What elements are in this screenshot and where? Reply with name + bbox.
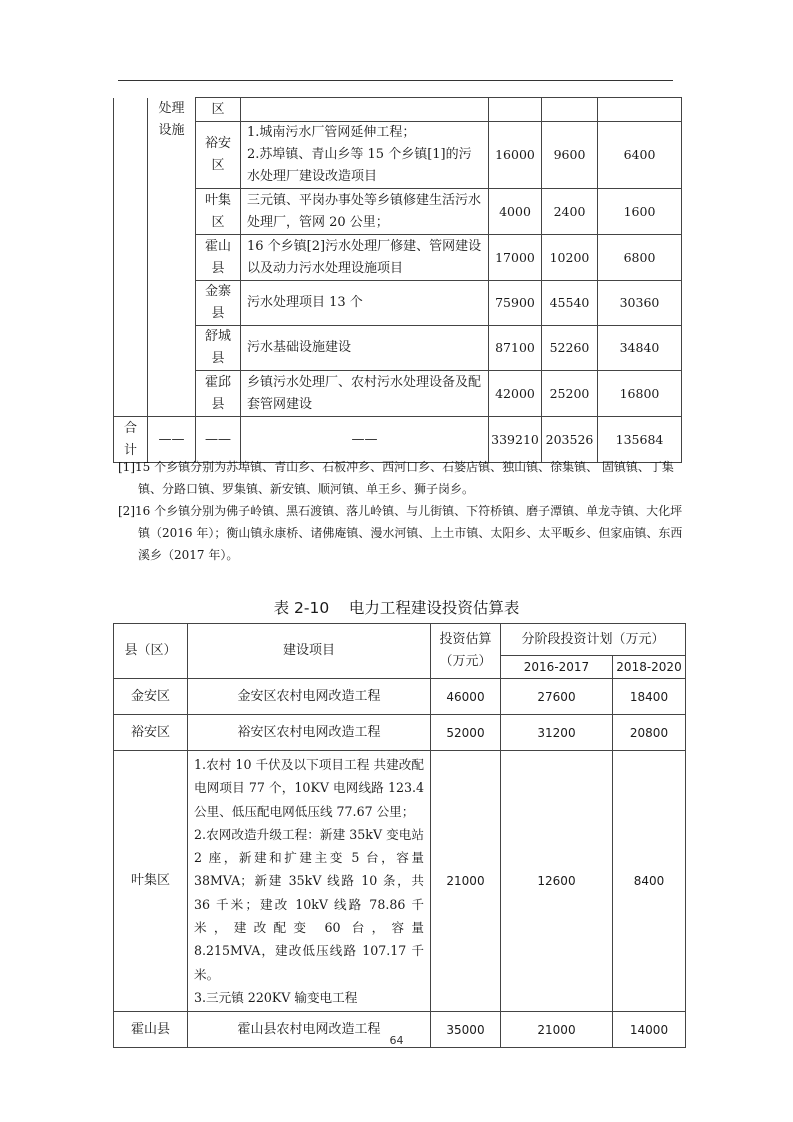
phase2-cell: 16800 bbox=[598, 371, 682, 417]
project-cell: 1.城南污水厂管网延伸工程； 2.苏埠镇、青山乡等 15 个乡镇[1]的污水处理… bbox=[241, 122, 489, 189]
table-caption: 表 2-10 电力工程建设投资估算表 bbox=[0, 596, 793, 618]
header-rule bbox=[118, 80, 673, 81]
caption-title: 电力工程建设投资估算表 bbox=[349, 599, 520, 617]
county-cell: 舒城县 bbox=[196, 326, 241, 371]
power-investment-table: 县（区） 建设项目 投资估算 （万元） 分阶段投资计划（万元） 2016-201… bbox=[113, 623, 686, 1048]
caption-number: 表 2-10 bbox=[274, 599, 330, 617]
county-cell: 裕安区 bbox=[114, 715, 188, 751]
county-cell: 区 bbox=[196, 98, 241, 122]
sewage-investment-table-continued: 处理 设施 区 裕安区 1.城南污水厂管网延伸工程； 2.苏埠镇、青山乡等 15… bbox=[113, 97, 682, 463]
category-label-line2: 设施 bbox=[148, 120, 195, 142]
phase1-cell: 12600 bbox=[501, 751, 613, 1012]
county-cell: 裕安区 bbox=[196, 122, 241, 189]
total-cell: 42000 bbox=[489, 371, 542, 417]
header-project: 建设项目 bbox=[188, 624, 431, 679]
footnotes: [1]15 个乡镇分别为苏埠镇、青山乡、石板冲乡、西河口乡、石婆店镇、独山镇、徐… bbox=[118, 456, 684, 566]
project-cell: 16 个乡镇[2]污水处理厂修建、管网建设以及动力污水处理设施项目 bbox=[241, 235, 489, 281]
project-cell: 三元镇、平岗办事处等乡镇修建生活污水处理厂，管网 20 公里； bbox=[241, 189, 489, 235]
project-cell: 乡镇污水处理厂、农村污水处理设备及配套管网建设 bbox=[241, 371, 489, 417]
phase2-cell: 34840 bbox=[598, 326, 682, 371]
table-row: 叶集区 三元镇、平岗办事处等乡镇修建生活污水处理厂，管网 20 公里； 4000… bbox=[114, 189, 682, 235]
header-estimate-line1: 投资估算 bbox=[431, 629, 500, 651]
phase2-cell: 6400 bbox=[598, 122, 682, 189]
total-cell: 16000 bbox=[489, 122, 542, 189]
total-cell bbox=[489, 98, 542, 122]
total-cell: 75900 bbox=[489, 281, 542, 326]
project-cell: 金安区农村电网改造工程 bbox=[188, 679, 431, 715]
total-cell: 87100 bbox=[489, 326, 542, 371]
table-row: 裕安区 裕安区农村电网改造工程 52000 31200 20800 bbox=[114, 715, 686, 751]
phase2-cell bbox=[598, 98, 682, 122]
project-line: 1.城南污水厂管网延伸工程； bbox=[247, 122, 484, 144]
project-paragraph: 2.农网改造升级工程：新建 35kV 变电站 2 座，新建和扩建主变 5 台，容… bbox=[194, 823, 424, 986]
phase1-cell: 27600 bbox=[501, 679, 613, 715]
county-cell: 金安区 bbox=[114, 679, 188, 715]
footnote-1: [1]15 个乡镇分别为苏埠镇、青山乡、石板冲乡、西河口乡、石婆店镇、独山镇、徐… bbox=[118, 456, 684, 500]
total-cell: 46000 bbox=[431, 679, 501, 715]
project-cell: 污水基础设施建设 bbox=[241, 326, 489, 371]
header-estimate: 投资估算 （万元） bbox=[431, 624, 501, 679]
county-cell: 霍邱县 bbox=[196, 371, 241, 417]
phase2-cell: 18400 bbox=[613, 679, 686, 715]
county-cell: 叶集区 bbox=[196, 189, 241, 235]
phase2-cell: 20800 bbox=[613, 715, 686, 751]
phase1-cell: 31200 bbox=[501, 715, 613, 751]
project-paragraph: 3.三元镇 220KV 输变电工程 bbox=[194, 986, 424, 1009]
project-cell bbox=[241, 98, 489, 122]
header-phase2: 2018-2020 bbox=[613, 656, 686, 679]
table-row: 叶集区 1.农村 10 千伏及以下项目工程 共建改配电网项目 77 个，10KV… bbox=[114, 751, 686, 1012]
phase1-cell: 10200 bbox=[542, 235, 598, 281]
outer-cell bbox=[114, 98, 148, 417]
header-row: 县（区） 建设项目 投资估算 （万元） 分阶段投资计划（万元） bbox=[114, 624, 686, 656]
phase2-cell: 1600 bbox=[598, 189, 682, 235]
total-cell: 4000 bbox=[489, 189, 542, 235]
table-row: 舒城县 污水基础设施建设 87100 52260 34840 bbox=[114, 326, 682, 371]
header-phased: 分阶段投资计划（万元） bbox=[501, 624, 686, 656]
county-cell: 霍山县 bbox=[196, 235, 241, 281]
header-estimate-line2: （万元） bbox=[431, 651, 500, 673]
phase1-cell bbox=[542, 98, 598, 122]
project-paragraph: 1.农村 10 千伏及以下项目工程 共建改配电网项目 77 个，10KV 电网线… bbox=[194, 753, 424, 823]
phase1-cell: 2400 bbox=[542, 189, 598, 235]
table-row: 处理 设施 区 bbox=[114, 98, 682, 122]
page-number: 64 bbox=[0, 1034, 793, 1047]
footnote-2: [2]16 个乡镇分别为佛子岭镇、黑石渡镇、落儿岭镇、与儿街镇、下符桥镇、磨子潭… bbox=[118, 500, 684, 566]
phase2-cell: 6800 bbox=[598, 235, 682, 281]
total-cell: 21000 bbox=[431, 751, 501, 1012]
project-cell: 裕安区农村电网改造工程 bbox=[188, 715, 431, 751]
header-phase1: 2016-2017 bbox=[501, 656, 613, 679]
table-row: 霍邱县 乡镇污水处理厂、农村污水处理设备及配套管网建设 42000 25200 … bbox=[114, 371, 682, 417]
phase1-cell: 45540 bbox=[542, 281, 598, 326]
phase1-cell: 9600 bbox=[542, 122, 598, 189]
total-cell: 52000 bbox=[431, 715, 501, 751]
category-cell: 处理 设施 bbox=[148, 98, 196, 417]
phase1-cell: 52260 bbox=[542, 326, 598, 371]
table-row: 金寨县 污水处理项目 13 个 75900 45540 30360 bbox=[114, 281, 682, 326]
table-row: 裕安区 1.城南污水厂管网延伸工程； 2.苏埠镇、青山乡等 15 个乡镇[1]的… bbox=[114, 122, 682, 189]
total-cell: 17000 bbox=[489, 235, 542, 281]
table-row: 霍山县 16 个乡镇[2]污水处理厂修建、管网建设以及动力污水处理设施项目 17… bbox=[114, 235, 682, 281]
header-county: 县（区） bbox=[114, 624, 188, 679]
project-line: 2.苏埠镇、青山乡等 15 个乡镇[1]的污水处理厂建设改造项目 bbox=[247, 144, 484, 188]
county-cell: 叶集区 bbox=[114, 751, 188, 1012]
county-cell: 金寨县 bbox=[196, 281, 241, 326]
project-cell: 1.农村 10 千伏及以下项目工程 共建改配电网项目 77 个，10KV 电网线… bbox=[188, 751, 431, 1012]
table-row: 金安区 金安区农村电网改造工程 46000 27600 18400 bbox=[114, 679, 686, 715]
phase2-cell: 30360 bbox=[598, 281, 682, 326]
category-label-line1: 处理 bbox=[148, 98, 195, 120]
phase2-cell: 8400 bbox=[613, 751, 686, 1012]
phase1-cell: 25200 bbox=[542, 371, 598, 417]
project-cell: 污水处理项目 13 个 bbox=[241, 281, 489, 326]
